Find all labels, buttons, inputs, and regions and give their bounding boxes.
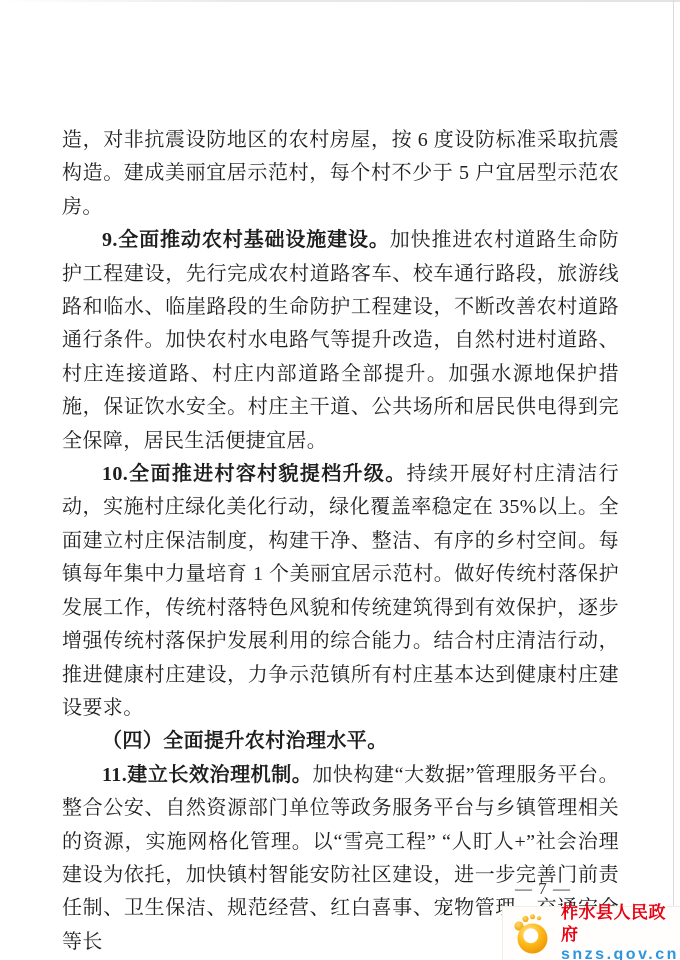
paragraph: 10.全面推进村容村貌提档升级。持续开展好村庄清洁行动，实施村庄绿化美化行动，绿… xyxy=(62,458,619,725)
paragraph: 造，对非抗震设防地区的农村房屋，按 6 度设防标准采取抗震构造。建成美丽宜居示范… xyxy=(62,124,619,224)
scan-edge-top xyxy=(0,0,680,2)
paragraph-lead: 10.全面推进村容村貌提档升级。 xyxy=(102,463,407,485)
paragraph-lead: 11.建立长效治理机制。 xyxy=(102,764,312,786)
gov-site-url: snzs.gov.cn xyxy=(561,945,680,960)
paragraph-lead: （四）全面提升农村治理水平。 xyxy=(102,730,388,752)
paragraph-text: 持续开展好村庄清洁行动，实施村庄绿化美化行动，绿化覆盖率稳定在 35%以上。全面… xyxy=(62,463,619,719)
document-body: 造，对非抗震设防地区的农村房屋，按 6 度设防标准采取抗震构造。建成美丽宜居示范… xyxy=(62,124,619,959)
gov-name: 柞水县人民政府 xyxy=(561,902,680,945)
paragraph-text: 加快推进农村道路生命防护工程建设，先行完成农村道路客车、校车通行路段，旅游线路和… xyxy=(62,229,619,451)
footprint-icon xyxy=(511,912,553,956)
paragraph-lead: 9.全面推动农村基础设施建设。 xyxy=(102,229,390,251)
scan-edge-right xyxy=(673,0,674,960)
gov-logo-watermark: 柞水县人民政府 snzs.gov.cn xyxy=(502,906,680,960)
page-number: — 7 — xyxy=(498,879,588,899)
paragraph-text: 造，对非抗震设防地区的农村房屋，按 6 度设防标准采取抗震构造。建成美丽宜居示范… xyxy=(62,129,619,218)
document-page: 造，对非抗震设防地区的农村房屋，按 6 度设防标准采取抗震构造。建成美丽宜居示范… xyxy=(0,0,680,960)
section-heading: （四）全面提升农村治理水平。 xyxy=(62,725,619,758)
gov-logo-text: 柞水县人民政府 snzs.gov.cn xyxy=(561,902,680,960)
paragraph: 9.全面推动农村基础设施建设。加快推进农村道路生命防护工程建设，先行完成农村道路… xyxy=(62,224,619,458)
